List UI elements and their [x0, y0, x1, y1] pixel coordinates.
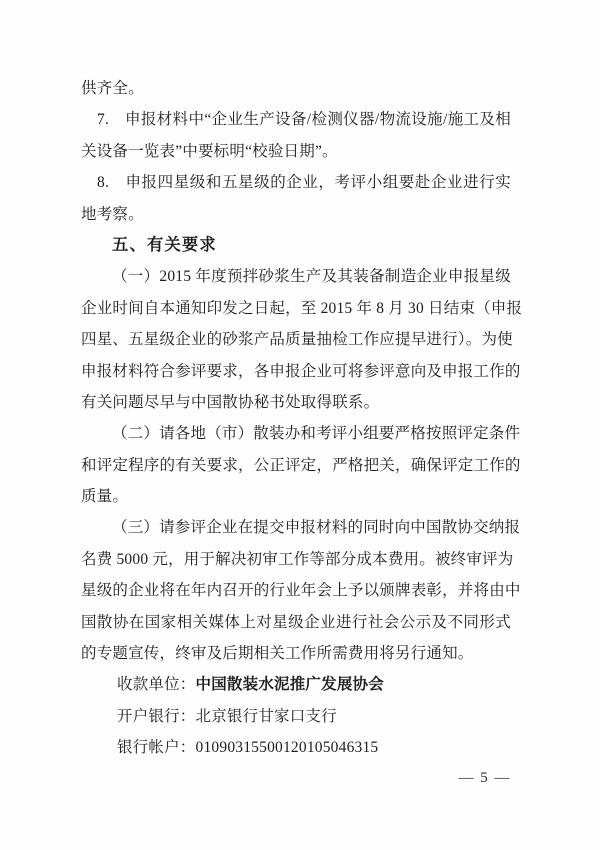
bank-value: 北京银行甘家口支行	[196, 708, 337, 725]
payee-line: 收款单位：中国散装水泥推广发展协会	[81, 669, 511, 700]
account-label: 银行帐户：	[117, 739, 196, 756]
payee-label: 收款单位：	[117, 676, 196, 693]
item-two-line: （二）请各地（市）散装办和考评小组要严格按照评定条件	[81, 418, 511, 449]
item-three-line: （三）请参评企业在提交申报材料的同时向中国散协交纳报	[81, 512, 511, 543]
item-three-line: 国散协在国家相关媒体上对星级企业进行社会公示及不同形式	[81, 607, 511, 638]
numbered-item-8-line: 地考察。	[81, 199, 511, 230]
item-one-line: （一）2015 年度预拌砂浆生产及其装备制造企业申报星级	[81, 261, 511, 292]
item-two-line: 质量。	[81, 481, 511, 512]
item-three-line: 名费 5000 元，用于解决初审工作等部分成本费用。被终审评为	[81, 544, 511, 575]
item-three-line: 星级的企业将在年内召开的行业年会上予以颁牌表彰，并将由中	[81, 575, 511, 606]
section-heading: 五、有关要求	[81, 230, 511, 261]
bank-label: 开户银行：	[117, 708, 196, 725]
item-two-line: 和评定程序的有关要求，公正评定，严格把关，确保评定工作的	[81, 450, 511, 481]
numbered-item-8-line: 8. 申报四星级和五星级的企业，考评小组要赴企业进行实	[81, 167, 511, 198]
payee-value: 中国散装水泥推广发展协会	[196, 676, 384, 693]
item-one-line: 有关问题尽早与中国散协秘书处取得联系。	[81, 387, 511, 418]
item-one-line: 申报材料符合参评要求，各申报企业可将参评意向及申报工作的	[81, 356, 511, 387]
document-text-block: 供齐全。 7. 申报材料中“企业生产设备/检测仪器/物流设施/施工及相 关设备一…	[81, 73, 511, 764]
body-line: 供齐全。	[81, 73, 511, 104]
item-one-line: 企业时间自本通知印发之日起，至 2015 年 8 月 30 日结束（申报	[81, 293, 511, 324]
numbered-item-7-line: 7. 申报材料中“企业生产设备/检测仪器/物流设施/施工及相	[81, 104, 511, 135]
account-value: 01090315500120105046315	[196, 739, 379, 756]
bank-line: 开户银行：北京银行甘家口支行	[81, 701, 511, 732]
item-three-line: 的专题宣传，终审及后期相关工作所需费用将另行通知。	[81, 638, 511, 669]
numbered-item-7-line: 关设备一览表”中要标明“校验日期”。	[81, 136, 511, 167]
account-line: 银行帐户：01090315500120105046315	[81, 732, 511, 763]
document-page: 供齐全。 7. 申报材料中“企业生产设备/检测仪器/物流设施/施工及相 关设备一…	[0, 0, 600, 850]
item-one-line: 四星、五星级企业的砂浆产品质量抽检工作应提早进行）。为使	[81, 324, 511, 355]
page-number: — 5 —	[81, 765, 511, 791]
